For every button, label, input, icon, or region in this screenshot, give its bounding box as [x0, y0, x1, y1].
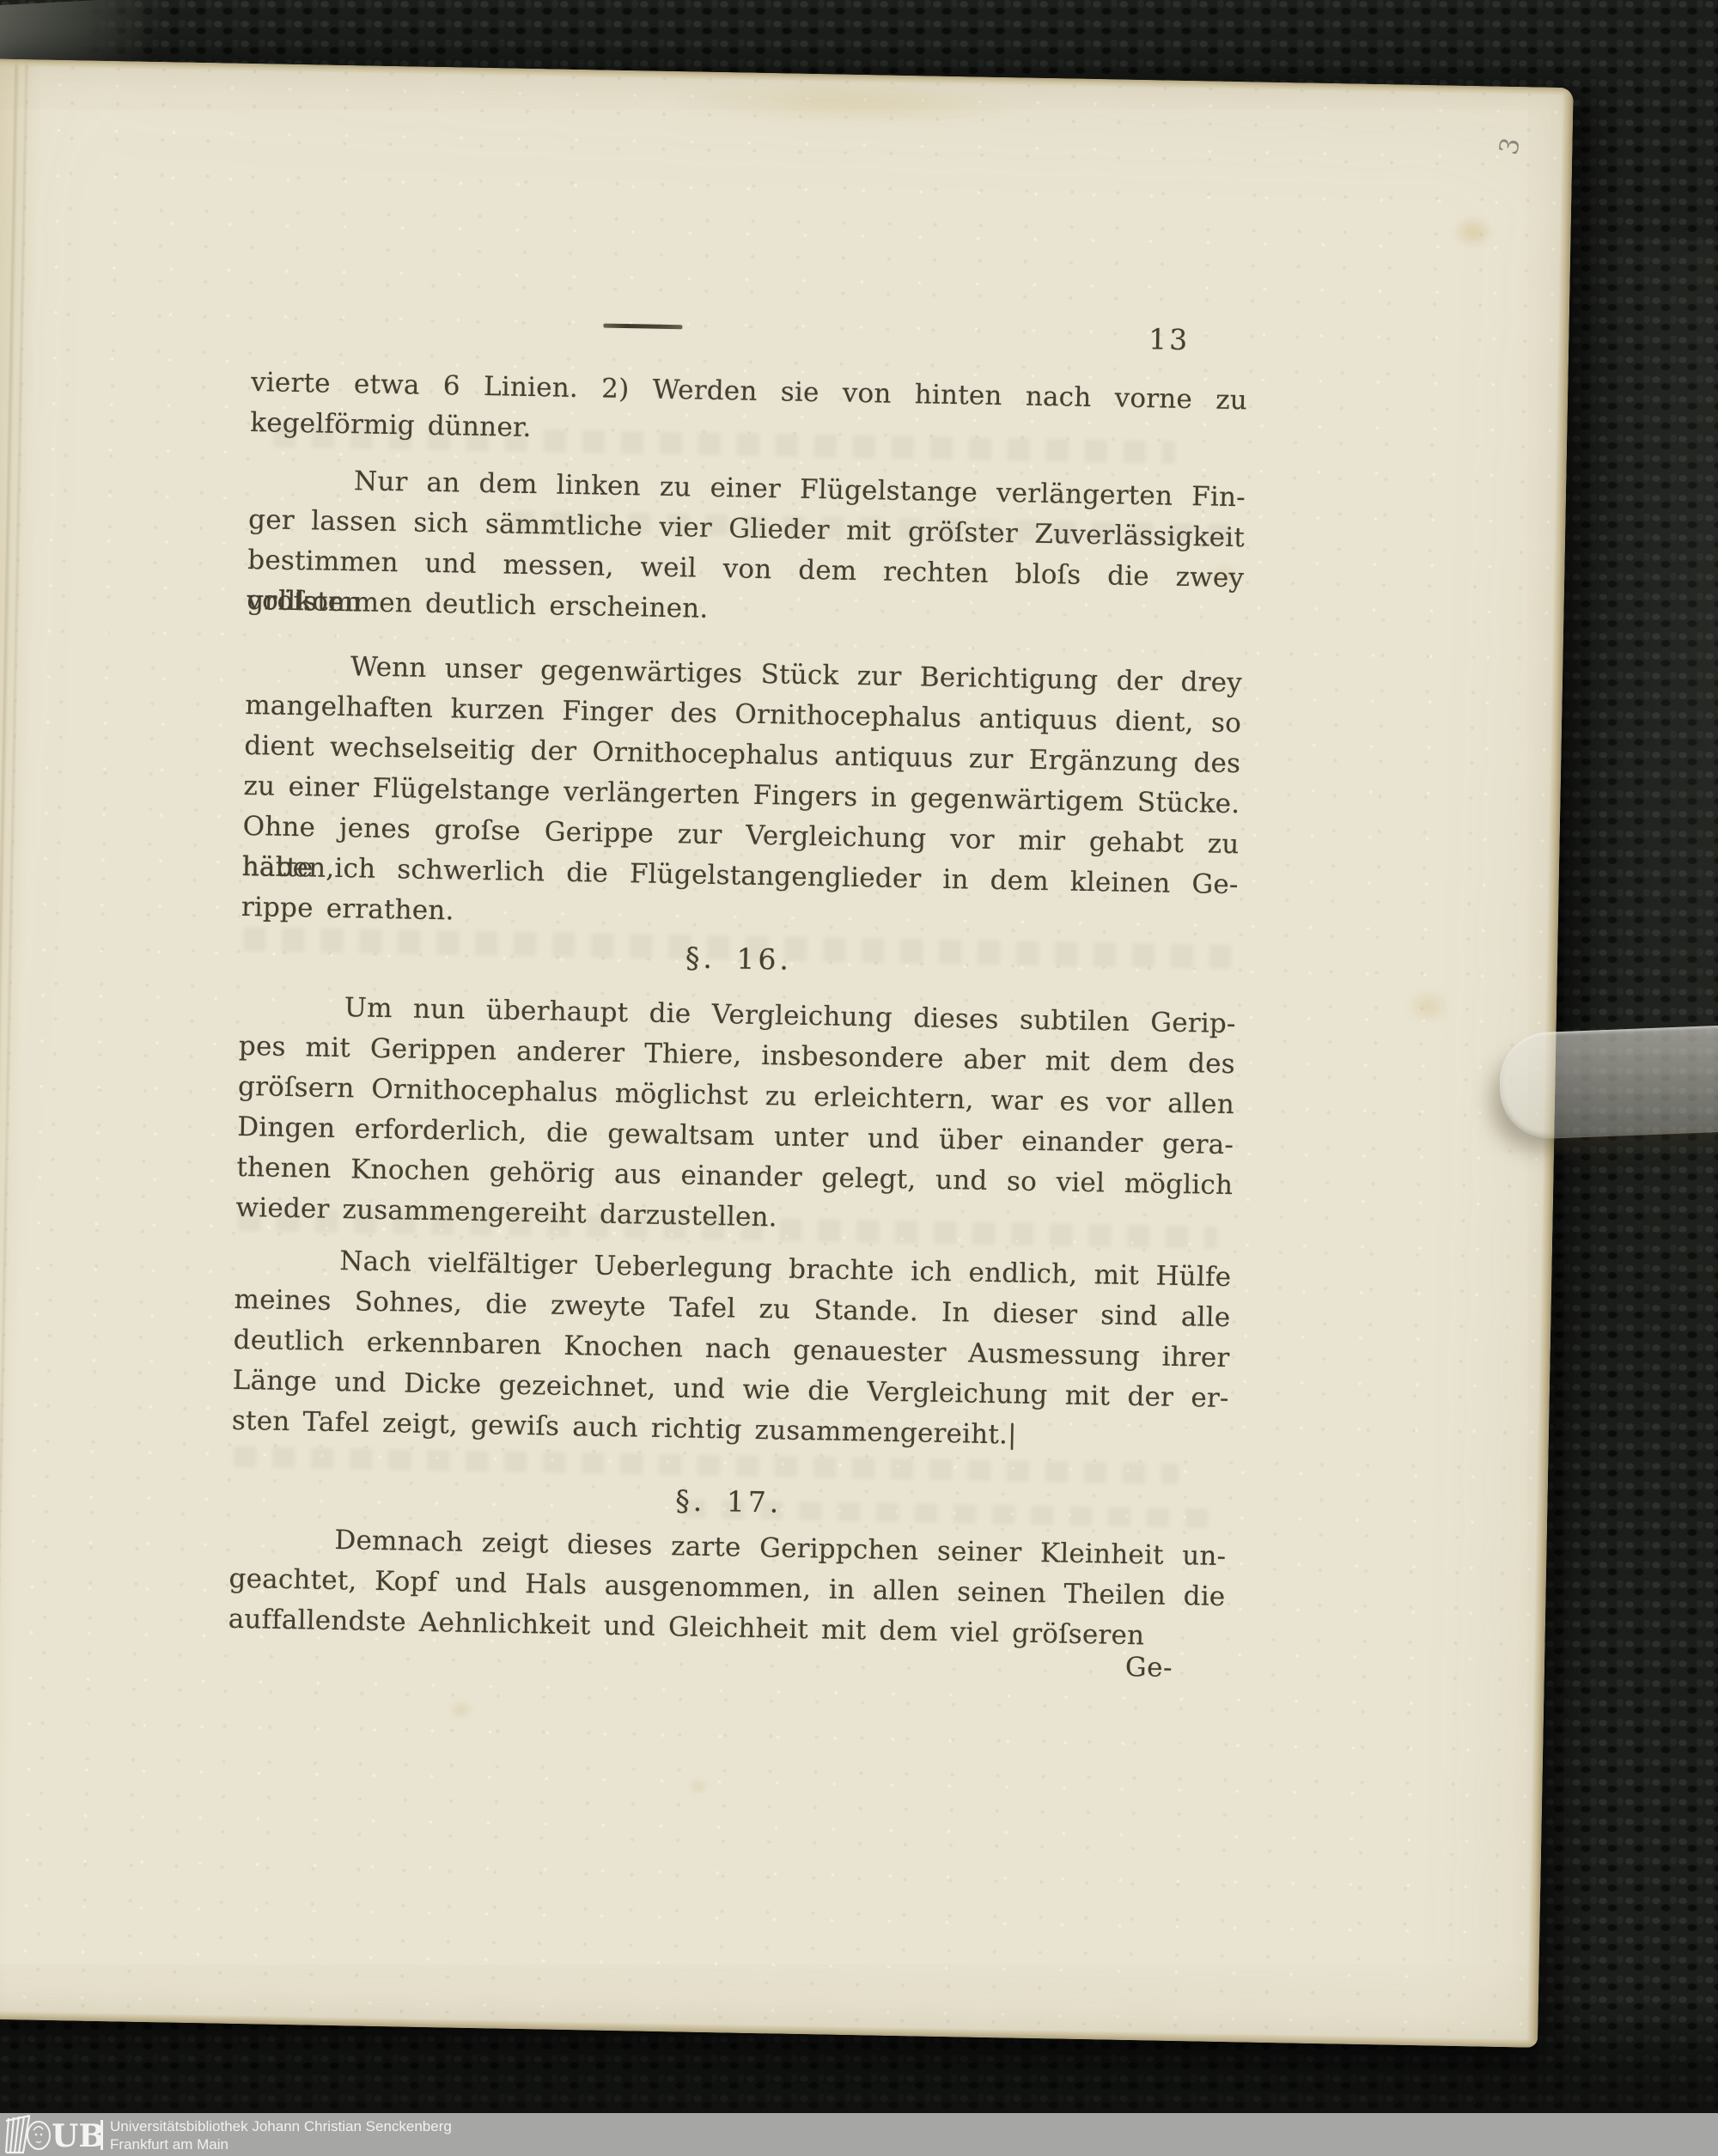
- footer-bar: UB Universitätsbibliothek Johann Christi…: [0, 2113, 1718, 2156]
- paper-stain: [1405, 987, 1453, 1026]
- pencil-annotation: 3: [1494, 135, 1526, 158]
- page-holder-clip: [1498, 1024, 1718, 1140]
- library-name: Universitätsbibliothek Johann Christian …: [110, 2117, 452, 2135]
- paragraph: Nach vielfältiger Ueberlegung brachte ic…: [232, 1239, 1232, 1459]
- book-pages-icon: [6, 2116, 30, 2153]
- page-gutter-shading: [0, 58, 43, 2019]
- library-attribution: Universitätsbibliothek Johann Christian …: [110, 2117, 452, 2153]
- library-city: Frankfurt am Main: [110, 2135, 452, 2153]
- paragraph: Nur an dem linken zu einer Flügelstange …: [247, 460, 1246, 639]
- ub-library-logo: UB: [3, 2115, 108, 2154]
- section-heading: §. 17.: [230, 1476, 1228, 1528]
- portrait-icon: [27, 2122, 50, 2149]
- catchword: Ge-: [1125, 1652, 1173, 1684]
- paragraph: Um nun überhaupt die Vergleichung dieses…: [235, 986, 1236, 1246]
- paragraph: Demnach zeigt dieses zarte Gerippchen se…: [228, 1519, 1226, 1658]
- page-text: vierte etwa 6 Linien. 2) Werden sie von …: [221, 64, 1253, 2042]
- scanned-book-page: 13 3 vierte etwa 6 Linien. 2) Werden sie…: [0, 58, 1574, 2048]
- ub-logo-text: UB: [52, 2118, 105, 2154]
- scan-viewport: 13 3 vierte etwa 6 Linien. 2) Werden sie…: [0, 0, 1718, 2156]
- paragraph: Wenn unser gegenwärtiges Stück zur Beric…: [241, 645, 1243, 946]
- paper-stain: [1450, 215, 1496, 250]
- logo-divider: [101, 2120, 103, 2150]
- paragraph: vierte etwa 6 Linien. 2) Werden sie von …: [250, 362, 1248, 461]
